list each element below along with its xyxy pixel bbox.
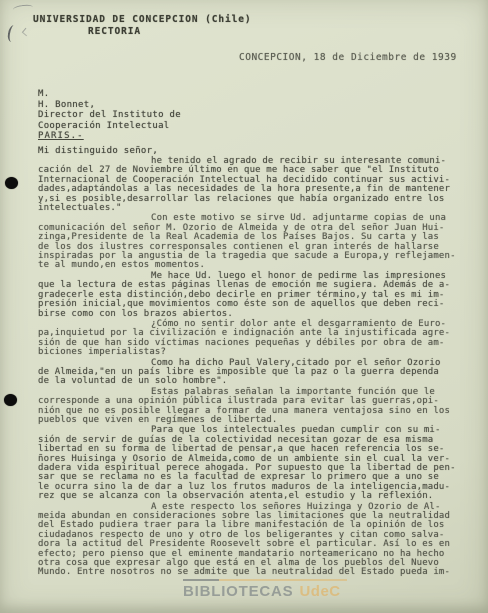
dateline: CONCEPCION, 18 de Diciembre de 1939: [239, 52, 457, 63]
recipient-name: H. Bonnet,: [38, 100, 181, 111]
watermark-rule-orange: [219, 579, 347, 581]
ink-dot-mark: [4, 394, 17, 406]
watermark-accent-text: UdeC: [299, 583, 340, 600]
body-paragraph: Como ha dicho Paul Valery,citado por el …: [38, 359, 474, 387]
body-paragraph: Me hace Ud. luego el honor de pedirme la…: [38, 272, 474, 319]
pencil-mark: [13, 4, 34, 13]
ink-dot-mark: [5, 177, 18, 189]
body-paragraph: Para que los intelectuales puedan cumpli…: [38, 426, 474, 501]
letterhead: UNIVERSIDAD DE CONCEPCION (Chile) RECTOR…: [33, 14, 251, 37]
letterhead-university: UNIVERSIDAD DE CONCEPCION (Chile): [33, 14, 251, 26]
salutation: Mi distinguido señor,: [38, 146, 158, 156]
watermark-text: BIBLIOTECAS: [183, 583, 293, 600]
recipient-title-line1: Director del Instituto de: [38, 110, 181, 121]
body-paragraph: ¿Cómo no sentir dolor ante el desgarrami…: [38, 320, 474, 358]
watermark-rule-gray: [183, 579, 219, 581]
recipient-title-line2: Cooperación Intelectual: [38, 121, 181, 132]
letter-body: he tenido el agrado de recibir su intere…: [38, 157, 474, 579]
pencil-mark: [22, 28, 30, 36]
watermark-rule: [183, 579, 363, 581]
scanned-letter-page: UNIVERSIDAD DE CONCEPCION (Chile) RECTOR…: [0, 0, 488, 613]
body-paragraph: A este respecto los señores Huizinga y O…: [38, 503, 474, 578]
body-paragraph: he tenido el agrado de recibir su intere…: [38, 157, 474, 213]
library-watermark: BIBLIOTECAS UdeC: [183, 579, 363, 600]
pencil-mark: [7, 25, 17, 43]
recipient-block: M. H. Bonnet, Director del Instituto de …: [38, 89, 181, 142]
body-paragraph: Con este motivo se sirve Ud. adjuntarme …: [38, 214, 474, 270]
letterhead-rectoria: RECTORIA: [88, 26, 251, 38]
recipient-city: PARIS.-: [38, 131, 181, 142]
recipient-honorific: M.: [38, 89, 181, 100]
body-paragraph: Estas palabras señalan la importante fun…: [38, 388, 474, 426]
